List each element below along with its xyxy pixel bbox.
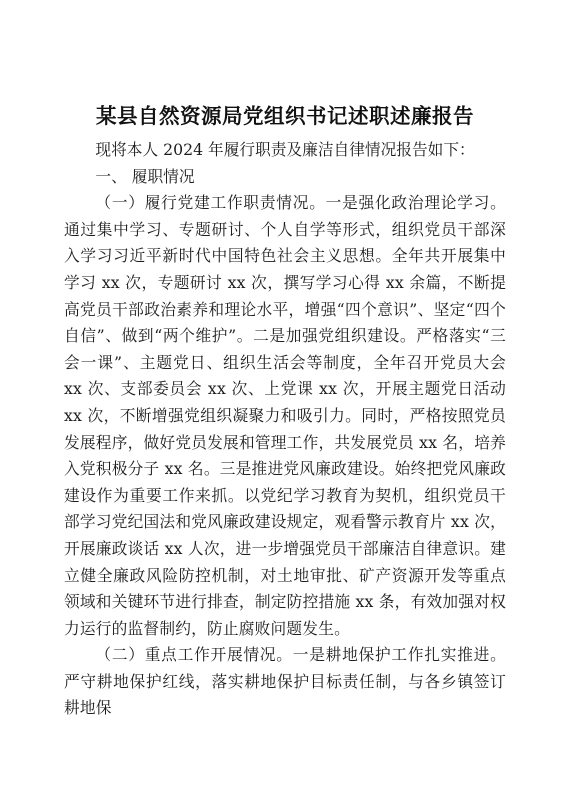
paragraph-key-work-progress: （二）重点工作开展情况。一是耕地保护工作扎实推进。严守耕地保护红线，落实耕地保护… xyxy=(64,642,506,722)
document-title: 某县自然资源局党组织书记述职述廉报告 xyxy=(64,101,506,131)
paragraph-party-building-duties: （一）履行党建工作职责情况。一是强化政治理论学习。通过集中学习、专题研讨、个人自… xyxy=(64,190,506,642)
section-heading-performance: 一、 履职情况 xyxy=(64,164,506,191)
document-page: 某县自然资源局党组织书记述职述廉报告 现将本人 2024 年履行职责及廉洁自律情… xyxy=(0,0,570,807)
intro-line: 现将本人 2024 年履行职责及廉洁自律情况报告如下： xyxy=(64,137,506,164)
